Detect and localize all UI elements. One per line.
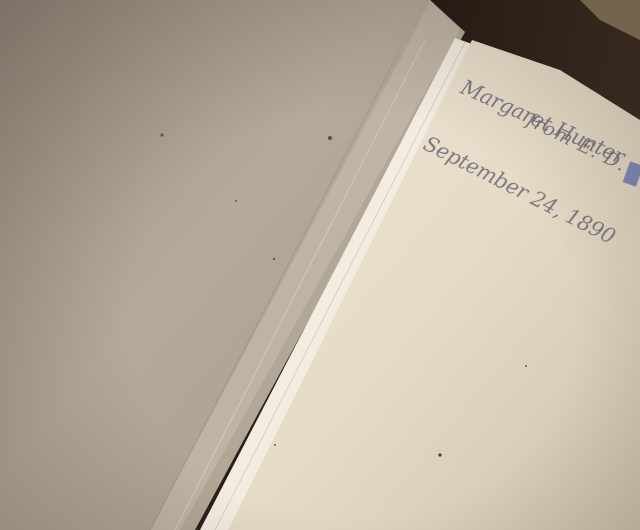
book-pages-illustration — [0, 0, 640, 530]
book-photo: Margaret Hunter from E. D. September 24,… — [0, 0, 640, 530]
